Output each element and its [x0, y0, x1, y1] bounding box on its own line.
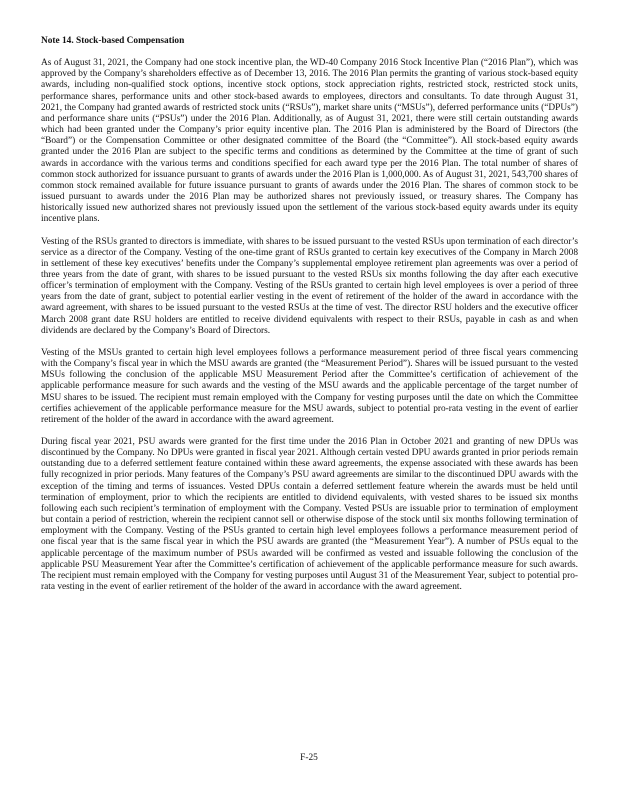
- page-number: F-25: [0, 753, 618, 763]
- document-page: Note 14. Stock-based Compensation As of …: [41, 36, 578, 604]
- paragraph-psu-dpu: During fiscal year 2021, PSU awards were…: [41, 437, 578, 593]
- paragraph-plan-overview: As of August 31, 2021, the Company had o…: [41, 58, 578, 225]
- paragraph-rsu-vesting: Vesting of the RSUs granted to directors…: [41, 237, 578, 337]
- paragraph-msu-vesting: Vesting of the MSUs granted to certain h…: [41, 348, 578, 426]
- section-heading: Note 14. Stock-based Compensation: [41, 36, 578, 47]
